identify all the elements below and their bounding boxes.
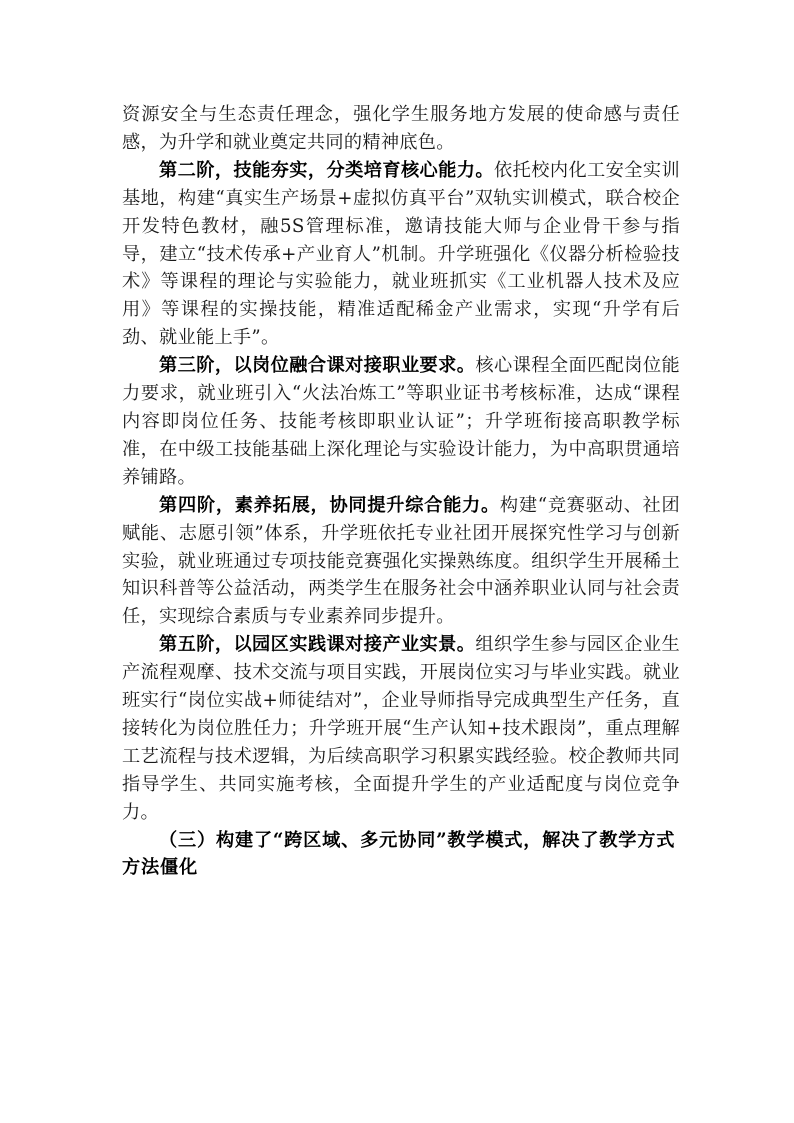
paragraph-text: 依托校内化工安全实训基地，构建“真实生产场景+虚拟仿真平台”双轨实训模式，联合校… [122,160,680,348]
paragraph-stage-five: 第五阶，以园区实践课对接产业实景。组织学生参与园区企业生产流程观摩、技术交流与项… [122,631,680,826]
paragraph-stage-three: 第三阶，以岗位融合课对接职业要求。核心课程全面匹配岗位能力要求，就业班引入“火法… [122,352,680,492]
paragraph-lead-heading: 第五阶，以园区实践课对接产业实景。 [159,634,475,655]
paragraph-lead-heading: 第二阶，技能夯实，分类培育核心能力。 [159,160,494,181]
paragraph-text: 组织学生参与园区企业生产流程观摩、技术交流与项目实践，开展岗位实习与毕业实践。就… [122,634,680,822]
paragraph-lead-heading: 第四阶，素养拓展，协同提升综合能力。 [159,495,500,516]
paragraph-lead-heading: 第三阶，以岗位融合课对接职业要求。 [159,355,475,376]
paragraph-stage-four: 第四阶，素养拓展，协同提升综合能力。构建“竞赛驱动、社团赋能、志愿引领”体系，升… [122,492,680,632]
paragraph-stage-two: 第二阶，技能夯实，分类培育核心能力。依托校内化工安全实训基地，构建“真实生产场景… [122,157,680,352]
section-heading: （三）构建了“跨区域、多元协同”教学模式，解决了教学方式方法僵化 [122,827,680,883]
paragraph-intro-continuation: 资源安全与生态责任理念，强化学生服务地方发展的使命感与责任感，为升学和就业奠定共… [122,101,680,157]
paragraph-text: 资源安全与生态责任理念，强化学生服务地方发展的使命感与责任感，为升学和就业奠定共… [122,104,680,153]
document-page: 资源安全与生态责任理念，强化学生服务地方发展的使命感与责任感，为升学和就业奠定共… [122,101,680,882]
